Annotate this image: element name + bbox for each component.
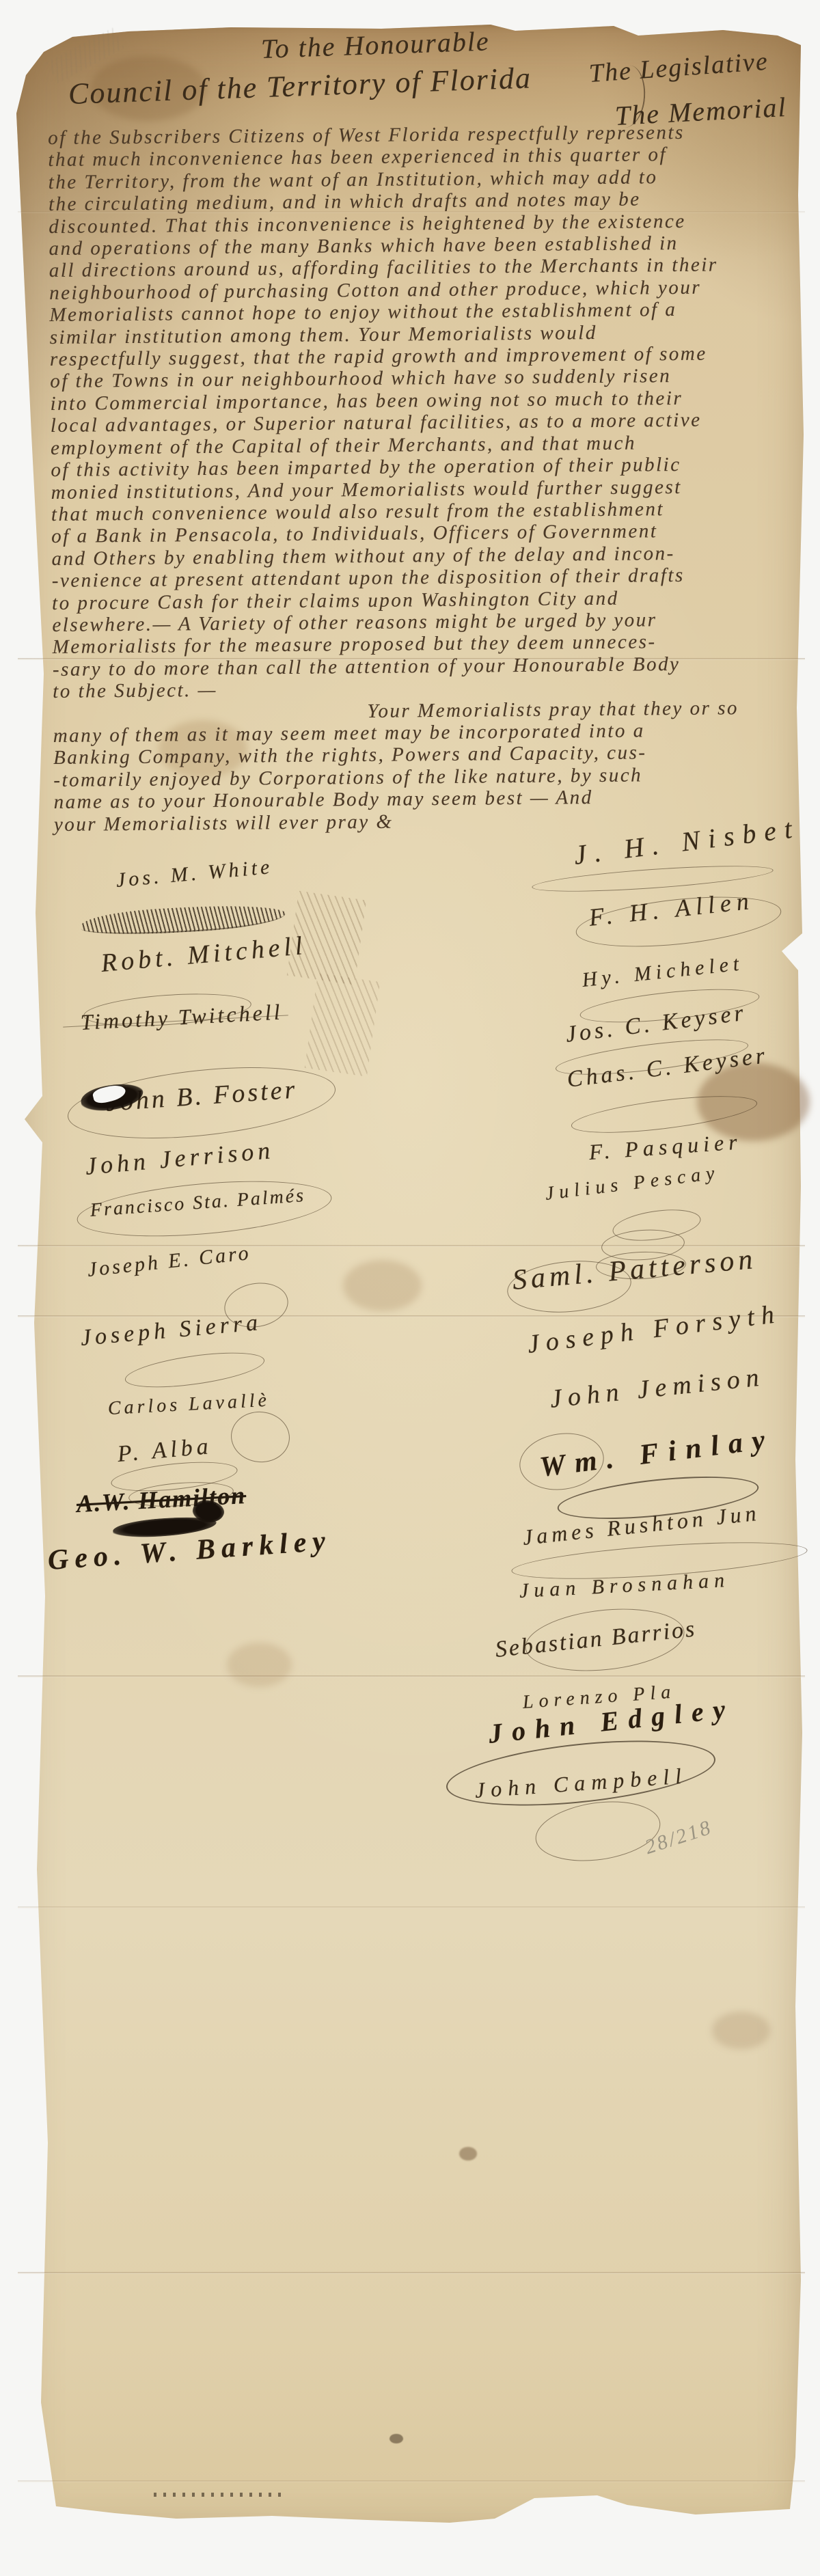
signature-name: John Jemison [549,1362,767,1414]
signature-name: Hy. Michelet [581,952,744,991]
signature: Julius Pescay [544,1162,721,1205]
signature: F. Pasquier [588,1129,743,1165]
signature-column-right: J. H. NisbetF. H. AllenHy. MicheletJos. … [0,0,820,2576]
signature: J. H. Nisbet [572,812,802,871]
signature-name: F. Pasquier [588,1129,743,1164]
signature: Hy. Michelet [581,952,745,992]
signature-name: Julius Pescay [544,1162,721,1205]
scanned-document: To the Honourable The Legislative Counci… [0,0,820,2576]
signature: John Jemison [549,1362,767,1414]
paper-damage-chip [15,521,23,533]
document-content: To the Honourable The Legislative Counci… [0,0,820,2576]
signature-name: J. H. Nisbet [572,812,802,871]
